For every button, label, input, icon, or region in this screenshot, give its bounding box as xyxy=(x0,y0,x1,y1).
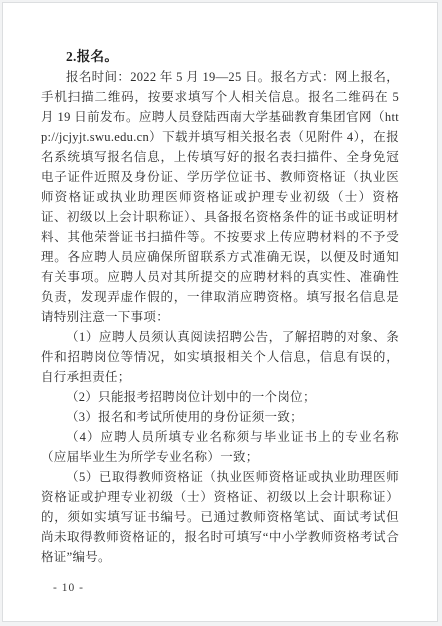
paragraph: （5）已取得教师资格证（执业医师资格证或执业助理医师资格证或护理专业初级（士）资… xyxy=(41,467,399,567)
paragraph: （1）应聘人员须认真阅读招聘公告，了解招聘的对象、条件和招聘岗位等情况，如实填报… xyxy=(41,327,399,387)
page-number: - 10 - xyxy=(53,580,84,596)
document-page: 2.报名。 报名时间：2022 年 5 月 19—25 日。报名方式：网上报名，… xyxy=(2,2,438,622)
section-heading: 2.报名。 xyxy=(41,47,399,67)
document-body: 2.报名。 报名时间：2022 年 5 月 19—25 日。报名方式：网上报名，… xyxy=(41,47,399,567)
paragraph: 报名时间：2022 年 5 月 19—25 日。报名方式：网上报名，手机扫描二维… xyxy=(41,67,399,327)
paragraph: （2）只能报考招聘岗位计划中的一个岗位； xyxy=(41,387,399,407)
paragraph: （3）报名和考试所使用的身份证须一致； xyxy=(41,407,399,427)
paragraph: （4）应聘人员所填专业名称须与毕业证书上的专业名称（应届毕业生为所学专业名称）一… xyxy=(41,427,399,467)
